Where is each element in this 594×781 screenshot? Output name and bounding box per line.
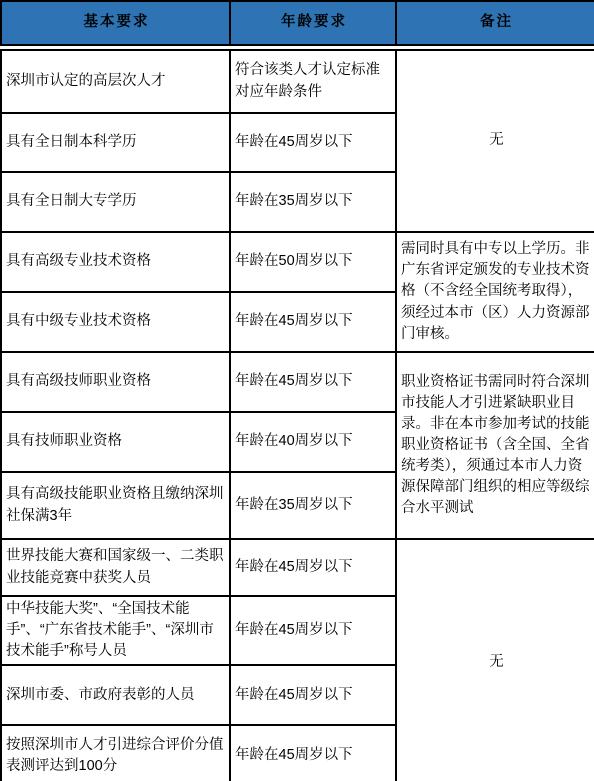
- requirement-cell: 具有高级专业技术资格: [1, 232, 230, 292]
- requirements-table: 深圳市认定的高层次人才 符合该类人才认定标准对应年龄条件 无 具有全日制本科学历…: [0, 49, 594, 781]
- age-cell: 年龄在45周岁以下: [230, 665, 396, 725]
- header-age-requirements: 年龄要求: [230, 1, 396, 45]
- header-basic-requirements: 基本要求: [1, 1, 230, 45]
- age-cell: 年龄在50周岁以下: [230, 232, 396, 292]
- requirement-cell: 具有全日制大专学历: [1, 172, 230, 232]
- talent-requirements-page: 基本要求 年龄要求 备注 深圳市认定的高层次人才 符合该类人才认定标准对应年龄条…: [0, 0, 594, 781]
- age-cell: 年龄在35周岁以下: [230, 472, 396, 539]
- header-remarks: 备注: [396, 1, 594, 45]
- age-cell: 年龄在35周岁以下: [230, 172, 396, 232]
- requirement-cell: 具有高级技师职业资格: [1, 352, 230, 412]
- table-row: 具有高级专业技术资格 年龄在50周岁以下 需同时具有中专以上学历。非广东省评定颁…: [1, 232, 594, 292]
- requirement-cell: 世界技能大赛和国家级一、二类职业技能竞赛中获奖人员: [1, 539, 230, 596]
- remark-cell: 无: [396, 539, 594, 781]
- requirement-cell: 具有高级技能职业资格且缴纳深圳社保满3年: [1, 472, 230, 539]
- age-cell: 符合该类人才认定标准对应年龄条件: [230, 50, 396, 113]
- requirement-cell: 深圳市委、市政府表彰的人员: [1, 665, 230, 725]
- remark-cell: 无: [396, 50, 594, 232]
- table-row: 深圳市认定的高层次人才 符合该类人才认定标准对应年龄条件 无: [1, 50, 594, 113]
- age-cell: 年龄在45周岁以下: [230, 352, 396, 412]
- requirement-cell: 具有中级专业技术资格: [1, 292, 230, 352]
- age-cell: 年龄在45周岁以下: [230, 539, 396, 596]
- requirement-cell: 具有全日制本科学历: [1, 113, 230, 172]
- requirement-cell: 中华技能大奖”、“全国技术能手”、“广东省技术能手”、“深圳市技术能手”称号人员: [1, 596, 230, 665]
- remark-cell: 职业资格证书需同时符合深圳市技能人才引进紧缺职业目录。非在本市参加考试的技能职业…: [396, 352, 594, 539]
- header-row: 基本要求 年龄要求 备注: [1, 1, 594, 45]
- age-cell: 年龄在45周岁以下: [230, 113, 396, 172]
- age-cell: 年龄在40周岁以下: [230, 412, 396, 472]
- age-cell: 年龄在45周岁以下: [230, 725, 396, 781]
- requirement-cell: 具有技师职业资格: [1, 412, 230, 472]
- remark-cell: 需同时具有中专以上学历。非广东省评定颁发的专业技术资格（不含经全国统考取得），须…: [396, 232, 594, 352]
- age-cell: 年龄在45周岁以下: [230, 596, 396, 665]
- age-cell: 年龄在45周岁以下: [230, 292, 396, 352]
- table-row: 世界技能大赛和国家级一、二类职业技能竞赛中获奖人员 年龄在45周岁以下 无: [1, 539, 594, 596]
- requirement-cell: 按照深圳市人才引进综合评价分值表测评达到100分: [1, 725, 230, 781]
- table-row: 具有高级技师职业资格 年龄在45周岁以下 职业资格证书需同时符合深圳市技能人才引…: [1, 352, 594, 412]
- table-header: 基本要求 年龄要求 备注: [0, 0, 594, 46]
- requirement-cell: 深圳市认定的高层次人才: [1, 50, 230, 113]
